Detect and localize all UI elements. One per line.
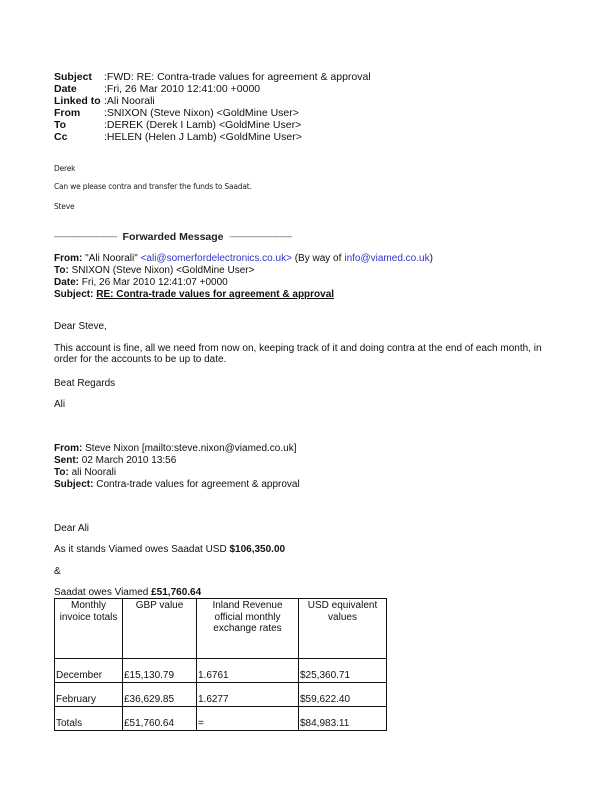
- forwarded-meta: From: "Ali Noorali" <ali@somerfordelectr…: [54, 253, 433, 301]
- original-line1-amount: $106,350.00: [229, 544, 285, 555]
- reply-signoff: Ali: [54, 399, 574, 410]
- fwd-from-label: From:: [54, 253, 82, 264]
- note-signoff: Steve: [54, 202, 74, 211]
- header-value: :SNIXON (Steve Nixon) <GoldMine User>: [104, 107, 299, 119]
- orig-sent-label: Sent:: [54, 455, 79, 466]
- original-line2-prefix: Saadat owes Viamed: [54, 587, 148, 598]
- original-line1-prefix: As it stands Viamed owes Saadat USD: [54, 544, 227, 555]
- header-label: Subject: [54, 71, 104, 83]
- original-line1: As it stands Viamed owes Saadat USD $106…: [54, 544, 574, 555]
- table-cell: $84,983.11: [299, 707, 387, 731]
- orig-to-value: ali Noorali: [72, 467, 116, 478]
- table-cell: $25,360.71: [299, 659, 387, 683]
- table-header: USD equivalent values: [299, 599, 387, 659]
- note-greeting: Derek: [54, 164, 75, 173]
- table-cell: 1.6761: [197, 659, 299, 683]
- fwd-to-label: To:: [54, 265, 69, 276]
- fwd-from-email-link[interactable]: <ali@somerfordelectronics.co.uk>: [141, 253, 292, 264]
- table-cell: February: [55, 683, 123, 707]
- fwd-date-label: Date:: [54, 277, 79, 288]
- original-line2-amount: £51,760.64: [151, 587, 201, 598]
- original-meta: From: Steve Nixon [mailto:steve.nixon@vi…: [54, 443, 300, 491]
- orig-from-line: From: Steve Nixon [mailto:steve.nixon@vi…: [54, 443, 300, 455]
- header-linked-to: Linked to :Ali Noorali: [54, 95, 371, 107]
- fwd-to-value: SNIXON (Steve Nixon) <GoldMine User>: [72, 265, 255, 276]
- table-header: GBP value: [123, 599, 197, 659]
- header-value: :Ali Noorali: [104, 95, 155, 107]
- fwd-to-line: To: SNIXON (Steve Nixon) <GoldMine User>: [54, 265, 433, 277]
- orig-to-line: To: ali Noorali: [54, 467, 300, 479]
- header-label: Cc: [54, 131, 104, 143]
- header-label: Linked to: [54, 95, 104, 107]
- header-value: :Fri, 26 Mar 2010 12:41:00 +0000: [104, 83, 260, 95]
- table-cell: £36,629.85: [123, 683, 197, 707]
- forwarded-divider: ----------------------------- Forwarded …: [54, 231, 292, 243]
- email-header: Subject :FWD: RE: Contra-trade values fo…: [54, 71, 371, 143]
- note-body: Can we please contra and transfer the fu…: [54, 182, 252, 191]
- fwd-date-value: Fri, 26 Mar 2010 12:41:07 +0000: [82, 277, 228, 288]
- table-header: Inland Revenue official monthly exchange…: [197, 599, 299, 659]
- table-totals-row: Totals £51,760.64 = $84,983.11: [55, 707, 387, 731]
- reply-body: This account is fine, all we need from n…: [54, 343, 554, 365]
- header-label: To: [54, 119, 104, 131]
- divider-dashes-right: -----------------------------: [229, 232, 292, 241]
- fwd-subject-label: Subject:: [54, 289, 93, 300]
- table-cell: December: [55, 659, 123, 683]
- fwd-by-way-prefix: (By way of: [295, 253, 342, 264]
- divider-dashes-left: -----------------------------: [54, 232, 117, 241]
- orig-subject-label: Subject:: [54, 479, 93, 490]
- fwd-by-way-email-link[interactable]: info@viamed.co.uk: [344, 253, 429, 264]
- table-cell: =: [197, 707, 299, 731]
- header-from: From :SNIXON (Steve Nixon) <GoldMine Use…: [54, 107, 371, 119]
- orig-from-value: Steve Nixon [mailto:steve.nixon@viamed.c…: [85, 443, 296, 454]
- orig-sent-line: Sent: 02 March 2010 13:56: [54, 455, 300, 467]
- table-header: Monthly invoice totals: [55, 599, 123, 659]
- header-value: :DEREK (Derek I Lamb) <GoldMine User>: [104, 119, 301, 131]
- fwd-subject-line: Subject: RE: Contra-trade values for agr…: [54, 289, 433, 301]
- table-row: December £15,130.79 1.6761 $25,360.71: [55, 659, 387, 683]
- orig-subject-line: Subject: Contra-trade values for agreeme…: [54, 479, 300, 491]
- fwd-by-way-suffix: ): [430, 253, 433, 264]
- fwd-from-line: From: "Ali Noorali" <ali@somerfordelectr…: [54, 253, 433, 265]
- table-cell: £15,130.79: [123, 659, 197, 683]
- table-cell: 1.6277: [197, 683, 299, 707]
- header-label: Date: [54, 83, 104, 95]
- fwd-from-name: "Ali Noorali": [85, 253, 138, 264]
- table-cell: $59,622.40: [299, 683, 387, 707]
- fwd-date-line: Date: Fri, 26 Mar 2010 12:41:07 +0000: [54, 277, 433, 289]
- header-cc: Cc :HELEN (Helen J Lamb) <GoldMine User>: [54, 131, 371, 143]
- table-header-row: Monthly invoice totals GBP value Inland …: [55, 599, 387, 659]
- header-to: To :DEREK (Derek I Lamb) <GoldMine User>: [54, 119, 371, 131]
- reply-greeting: Dear Steve,: [54, 321, 574, 332]
- header-label: From: [54, 107, 104, 119]
- header-subject: Subject :FWD: RE: Contra-trade values fo…: [54, 71, 371, 83]
- reply-regards: Beat Regards: [54, 378, 574, 389]
- orig-from-label: From:: [54, 443, 82, 454]
- fwd-subject-value: RE: Contra-trade values for agreement & …: [96, 289, 334, 300]
- original-greeting: Dear Ali: [54, 523, 574, 534]
- orig-sent-value: 02 March 2010 13:56: [82, 455, 177, 466]
- original-ampersand: &: [54, 566, 574, 577]
- table-cell: Totals: [55, 707, 123, 731]
- table-row: February £36,629.85 1.6277 $59,622.40: [55, 683, 387, 707]
- forwarded-title: Forwarded Message: [120, 231, 227, 243]
- invoice-table: Monthly invoice totals GBP value Inland …: [54, 598, 387, 731]
- orig-to-label: To:: [54, 467, 69, 478]
- header-date: Date :Fri, 26 Mar 2010 12:41:00 +0000: [54, 83, 371, 95]
- original-line2: Saadat owes Viamed £51,760.64: [54, 587, 574, 598]
- header-value: :HELEN (Helen J Lamb) <GoldMine User>: [104, 131, 302, 143]
- orig-subject-value: Contra-trade values for agreement & appr…: [96, 479, 299, 490]
- table-cell: £51,760.64: [123, 707, 197, 731]
- header-value: :FWD: RE: Contra-trade values for agreem…: [104, 71, 371, 83]
